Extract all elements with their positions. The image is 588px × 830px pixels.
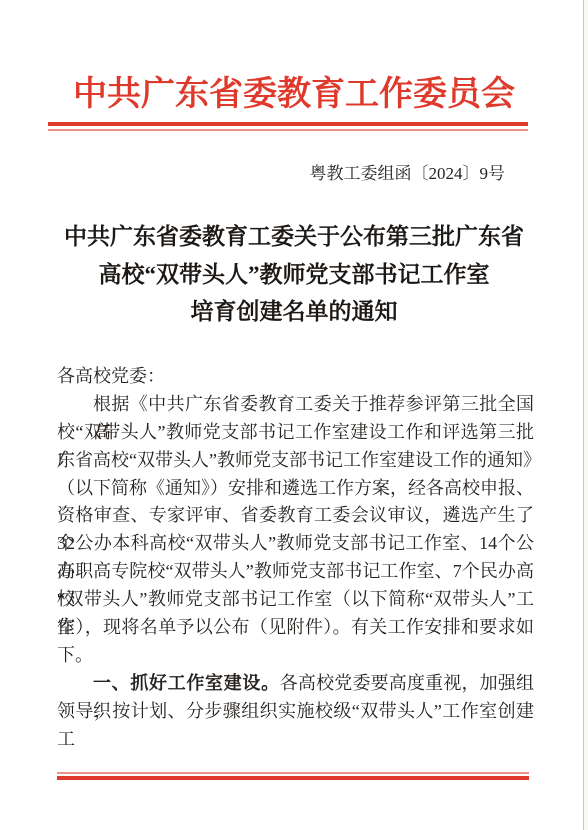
letterhead-org-name: 中共广东省委教育工作委员会 bbox=[40, 74, 548, 116]
body-line: 个公办本科高校“双带头人”教师党支部书记工作室、14个公办 bbox=[57, 530, 534, 558]
body-text: 领导，按计划、分步骤组织实施校级“双带头人”工作室创建工 bbox=[57, 701, 534, 749]
title-line-3: 培育创建名单的通知 bbox=[30, 293, 558, 331]
body-text: 室），现将名单予以公布（见附件）。有关工作安排和要求如 bbox=[57, 617, 534, 637]
letterhead-divider bbox=[48, 122, 528, 131]
body-line: 校“双带头人”教师党支部书记工作室建设工作和评选第三批广 bbox=[57, 419, 534, 447]
body-line: 资格审查、专家评审、省委教育工委会议审议，遴选产生了32 bbox=[57, 502, 534, 530]
scan-edge-line bbox=[583, 0, 584, 830]
body-line: 东省高校“双带头人”教师党支部书记工作室建设工作的通知》 bbox=[57, 447, 534, 475]
title-line-1: 中共广东省委教育工委关于公布第三批广东省 bbox=[30, 218, 558, 256]
body-text: 下。 bbox=[57, 645, 93, 665]
scan-margin bbox=[584, 0, 588, 830]
body-line: “双带头人”教师党支部书记工作室（以下简称“双带头人”工作 bbox=[57, 586, 534, 614]
document-page: 中共广东省委教育工作委员会 粤教工委组函〔2024〕9号 中共广东省委教育工委关… bbox=[0, 0, 588, 830]
body-line: 高职高专院校“双带头人”教师党支部书记工作室、7个民办高校 bbox=[57, 558, 534, 586]
body-emphasis-text: 一、抓好工作室建设。 bbox=[93, 673, 280, 693]
body-line: 下。 bbox=[57, 642, 534, 670]
body-text: 各高校党委： bbox=[57, 366, 165, 386]
divider-thin-line bbox=[48, 129, 528, 131]
divider-thick-line bbox=[48, 122, 528, 126]
body-line: 根据《中共广东省委教育工委关于推荐参评第三批全国高 bbox=[57, 391, 534, 419]
document-number: 粤教工委组函〔2024〕9号 bbox=[310, 162, 506, 186]
body-text: 东省高校“双带头人”教师党支部书记工作室建设工作的通知》 bbox=[57, 450, 541, 470]
divider-thick-line bbox=[57, 776, 529, 780]
body-line: 领导，按计划、分步骤组织实施校级“双带头人”工作室创建工 bbox=[57, 698, 534, 726]
body-line: 各高校党委： bbox=[57, 363, 534, 391]
footer-divider bbox=[57, 772, 529, 780]
document-title: 中共广东省委教育工委关于公布第三批广东省 高校“双带头人”教师党支部书记工作室 … bbox=[30, 218, 558, 331]
divider-thin-line bbox=[57, 772, 529, 774]
body-line: 室），现将名单予以公布（见附件）。有关工作安排和要求如 bbox=[57, 614, 534, 642]
title-line-2: 高校“双带头人”教师党支部书记工作室 bbox=[30, 256, 558, 294]
body-line: 一、抓好工作室建设。各高校党委要高度重视，加强组织 bbox=[57, 670, 534, 698]
body-text: （以下简称《通知》）安排和遴选工作方案，经各高校申报、 bbox=[57, 478, 534, 498]
body-line: （以下简称《通知》）安排和遴选工作方案，经各高校申报、 bbox=[57, 475, 534, 503]
document-body: 各高校党委：根据《中共广东省委教育工委关于推荐参评第三批全国高校“双带头人”教师… bbox=[57, 363, 534, 726]
